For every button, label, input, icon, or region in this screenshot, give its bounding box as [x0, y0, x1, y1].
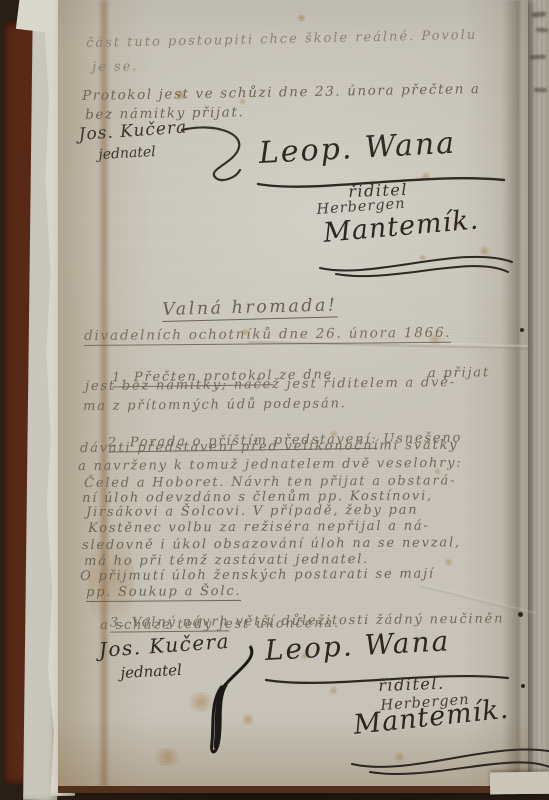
prev-minutes-line-1: část tuto postoupiti chce škole reálné. …: [86, 28, 477, 51]
bleedthrough-ink-mark: [534, 88, 547, 92]
gutter-next-page: [526, 0, 549, 794]
meeting-heading: Valná hromada!: [162, 295, 338, 322]
closing-secretary-role: jednatel: [120, 661, 182, 682]
agenda-item-2-line: sledovně i úkol obsazování úloh na se ne…: [82, 535, 461, 553]
fox-stain: [150, 748, 184, 766]
ink-dot: [521, 684, 525, 688]
photographed-minute-book-page: část tuto postoupiti chce škole reálné. …: [0, 0, 549, 800]
closing-secretary-ink-flourish: [186, 640, 261, 765]
agenda-item-2-line: Jirsákovi a Šolcovi. V případě, žeby pan: [86, 503, 418, 520]
bleedthrough-ink-mark: [536, 28, 548, 33]
agenda-item-1-line: ma z přítomných údů podepsán.: [83, 396, 347, 414]
fox-stain: [443, 558, 454, 566]
agenda-item-2-line: O přijmutí úloh ženských postarati se ma…: [80, 567, 435, 584]
agenda-item-2-line: a navrženy k tomuž jednatelem dvě veselo…: [78, 456, 463, 474]
underlying-page-edges-bottom-right: [490, 771, 549, 794]
closing-witness-signature: Mantemík.: [352, 694, 511, 741]
director-signature: Leop. Wana: [258, 126, 457, 171]
secretary-flourish: [176, 120, 266, 185]
agenda-item-2-line: Kostěnec volbu za režiséra nepřijal a ná…: [88, 519, 430, 536]
meeting-subheading: divadelních ochotníků dne 26. února 1866…: [84, 325, 452, 346]
ink-dot: [518, 612, 523, 617]
protocol-approval-line-1: Protokol jest ve schůzi dne 23. února př…: [82, 81, 481, 104]
ink-dot: [520, 328, 524, 332]
secretary-role: jednatel: [98, 144, 156, 163]
witness-signature-swirl: [312, 250, 527, 280]
closing-director-role: řiditel.: [378, 674, 445, 695]
main-manuscript-page: část tuto postoupiti chce škole reálné. …: [58, 0, 528, 793]
prev-minutes-line-2: je se.: [92, 59, 139, 75]
fox-stain: [296, 14, 307, 22]
bleedthrough-ink-mark: [530, 55, 546, 60]
